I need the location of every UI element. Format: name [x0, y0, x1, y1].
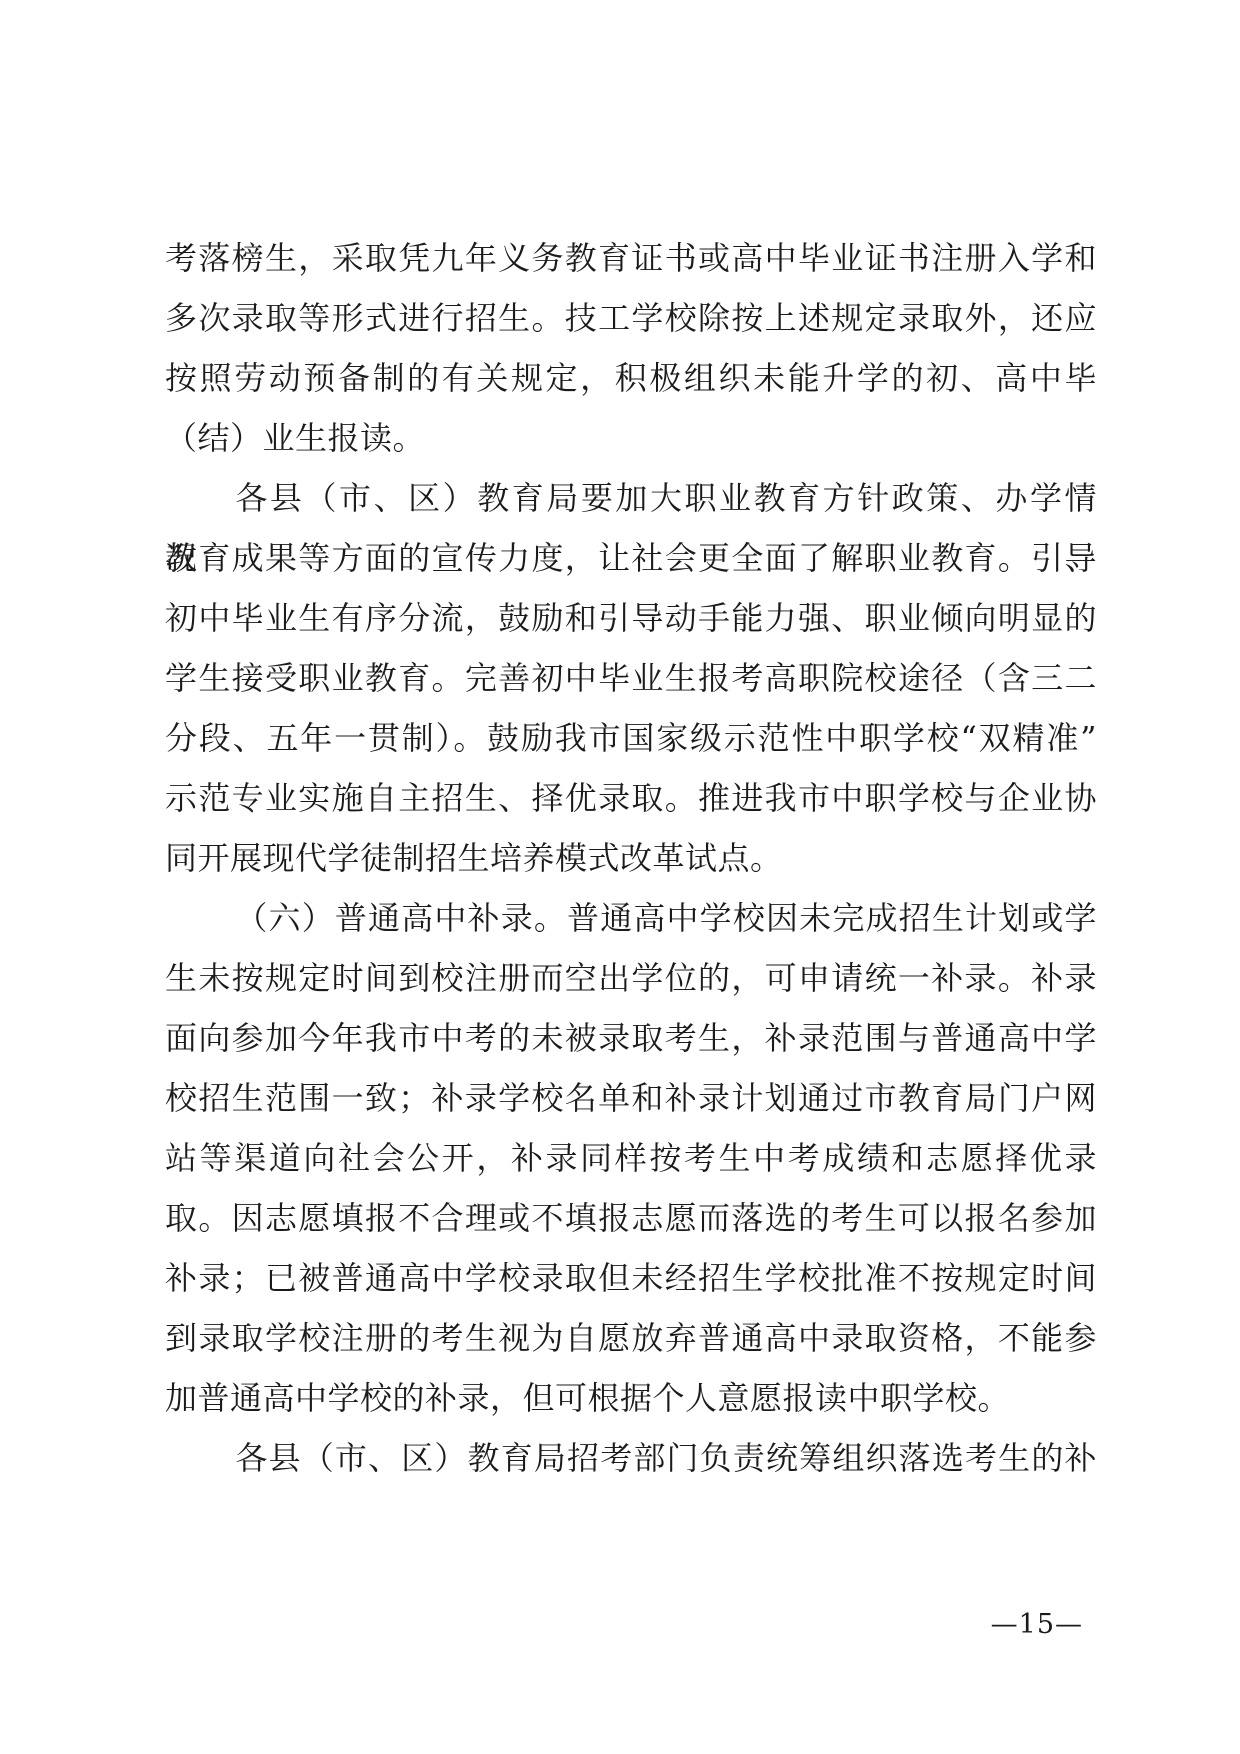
text-line: 到录取学校注册的考生视为自愿放弃普通高中录取资格，不能参	[165, 1308, 1097, 1368]
text-line: 补录；已被普通高中学校录取但未经招生学校批准不按规定时间	[165, 1248, 1097, 1308]
text-line: 多次录取等形式进行招生。技工学校除按上述规定录取外，还应	[165, 288, 1097, 348]
text-line: 学生接受职业教育。完善初中毕业生报考高职院校途径（含三二	[165, 648, 1097, 708]
text-line: （结）业生报读。	[165, 408, 1097, 468]
page-number: —15—	[991, 1608, 1083, 1642]
text-line: （六）普通高中补录。普通高中学校因未完成招生计划或学	[165, 888, 1097, 948]
text-line: 示范专业实施自主招生、择优录取。推进我市中职学校与企业协	[165, 768, 1097, 828]
text-line: 面向参加今年我市中考的未被录取考生，补录范围与普通高中学	[165, 1008, 1097, 1068]
text-line: 加普通高中学校的补录，但可根据个人意愿报读中职学校。	[165, 1368, 1097, 1428]
text-line: 生未按规定时间到校注册而空出学位的，可申请统一补录。补录	[165, 948, 1097, 1008]
text-line: 各县（市、区）教育局招考部门负责统筹组织落选考生的补	[165, 1428, 1097, 1488]
text-line: 取。因志愿填报不合理或不填报志愿而落选的考生可以报名参加	[165, 1188, 1097, 1248]
text-line: 站等渠道向社会公开，补录同样按考生中考成绩和志愿择优录	[165, 1128, 1097, 1188]
document-body: 考落榜生，采取凭九年义务教育证书或高中毕业证书注册入学和多次录取等形式进行招生。…	[165, 228, 1097, 1488]
document-page: 考落榜生，采取凭九年义务教育证书或高中毕业证书注册入学和多次录取等形式进行招生。…	[0, 0, 1240, 1754]
text-line: 分段、五年一贯制）。鼓励我市国家级示范性中职学校“双精准”	[165, 708, 1097, 768]
text-line: 校招生范围一致；补录学校名单和补录计划通过市教育局门户网	[165, 1068, 1097, 1128]
text-line: 教育成果等方面的宣传力度，让社会更全面了解职业教育。引导	[165, 528, 1097, 588]
text-line: 各县（市、区）教育局要加大职业教育方针政策、办学情况、	[165, 468, 1097, 528]
text-line: 初中毕业生有序分流，鼓励和引导动手能力强、职业倾向明显的	[165, 588, 1097, 648]
text-line: 按照劳动预备制的有关规定，积极组织未能升学的初、高中毕	[165, 348, 1097, 408]
text-line: 考落榜生，采取凭九年义务教育证书或高中毕业证书注册入学和	[165, 228, 1097, 288]
text-line: 同开展现代学徒制招生培养模式改革试点。	[165, 828, 1097, 888]
